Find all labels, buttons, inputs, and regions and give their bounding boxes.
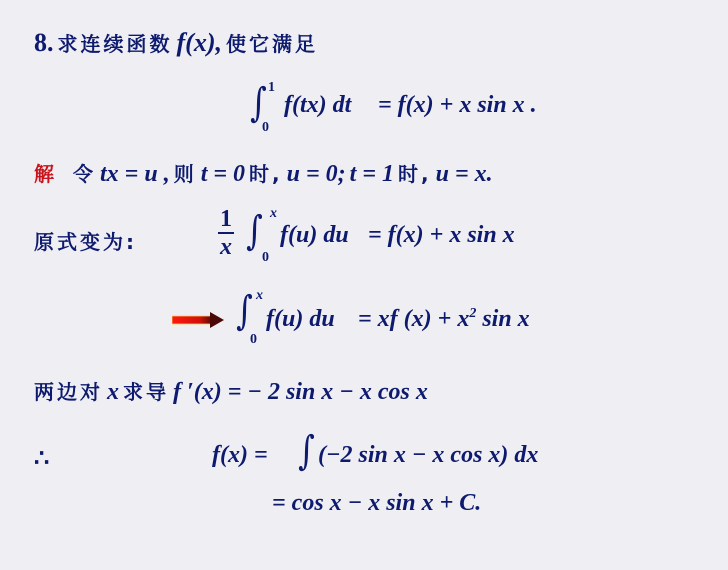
integral-sign: ∫ <box>236 288 253 334</box>
final-result: = cos x − x sin x + C. <box>272 490 481 517</box>
function-name: f(x), <box>177 28 222 57</box>
fraction-denominator: x <box>218 234 234 260</box>
step3-label: 两边对 <box>34 380 103 404</box>
exponent: 2 <box>469 306 476 321</box>
given-equation: ∫ 1 0 f(tx) dt = f(x) + x sin x . <box>248 80 269 140</box>
step1-label: 原式变为: <box>34 226 137 255</box>
derivative-expr: f ′(x) = − 2 sin x − x cos x <box>173 379 428 405</box>
result1: u = 0; <box>287 161 346 187</box>
therefore-symbol: ∴ <box>34 444 49 473</box>
variable: x <box>107 379 119 405</box>
lower-limit: 0 <box>262 120 269 136</box>
case2: t = 1 <box>350 161 394 187</box>
problem-number: 8. <box>34 28 54 57</box>
step1-equation: 1 x ∫ x 0 f(u) du = f(x) + x sin x <box>218 206 234 270</box>
implies-arrow-icon <box>172 312 224 328</box>
result2: u = x. <box>436 161 493 187</box>
upper-limit: 1 <box>268 80 275 96</box>
rhs-main: = xf (x) + x <box>358 306 469 332</box>
integrand: f(u) du <box>266 306 335 333</box>
step3-label2: 求导 <box>123 380 169 404</box>
when2: 时, <box>398 162 432 186</box>
conclusion-integrand: (−2 sin x − x cos x) dx <box>318 442 538 469</box>
integral-sign: ∫ <box>246 208 263 254</box>
condition-text: 使它满足 <box>226 32 318 56</box>
equation-rhs: = f(x) + x sin x <box>368 222 515 249</box>
lower-limit: 0 <box>262 250 269 266</box>
problem-statement: 8. 求连续函数 f(x), 使它满足 <box>34 28 318 58</box>
fraction: 1 x <box>218 206 234 260</box>
substitution: tx = u , <box>100 161 170 187</box>
equation-rhs: = xf (x) + x2 sin x <box>358 306 530 333</box>
step3-line: 两边对 x 求导 f ′(x) = − 2 sin x − x cos x <box>34 376 428 406</box>
then-text: 则 <box>174 162 197 186</box>
solution-label: 解 <box>34 162 57 186</box>
lower-limit: 0 <box>250 332 257 348</box>
upper-limit: x <box>256 288 263 304</box>
integrand: f(u) du <box>280 222 349 249</box>
upper-limit: x <box>270 206 277 222</box>
when1: 时, <box>249 162 283 186</box>
case1: t = 0 <box>201 161 245 187</box>
equation-rhs: = f(x) + x sin x . <box>378 92 537 119</box>
let-text: 令 <box>73 162 96 186</box>
rhs-tail: sin x <box>482 306 529 332</box>
integrand: f(tx) dt <box>284 92 351 119</box>
integral-sign: ∫ <box>298 428 315 474</box>
conclusion-lhs: f(x) = <box>212 442 268 469</box>
fraction-numerator: 1 <box>218 206 234 234</box>
problem-text: 求连续函数 <box>58 32 173 56</box>
solution-line: 解 令 tx = u , 则 t = 0 时, u = 0; t = 1 时, … <box>34 158 493 188</box>
step2-equation: ∫ x 0 f(u) du = xf (x) + x2 sin x <box>234 288 255 352</box>
